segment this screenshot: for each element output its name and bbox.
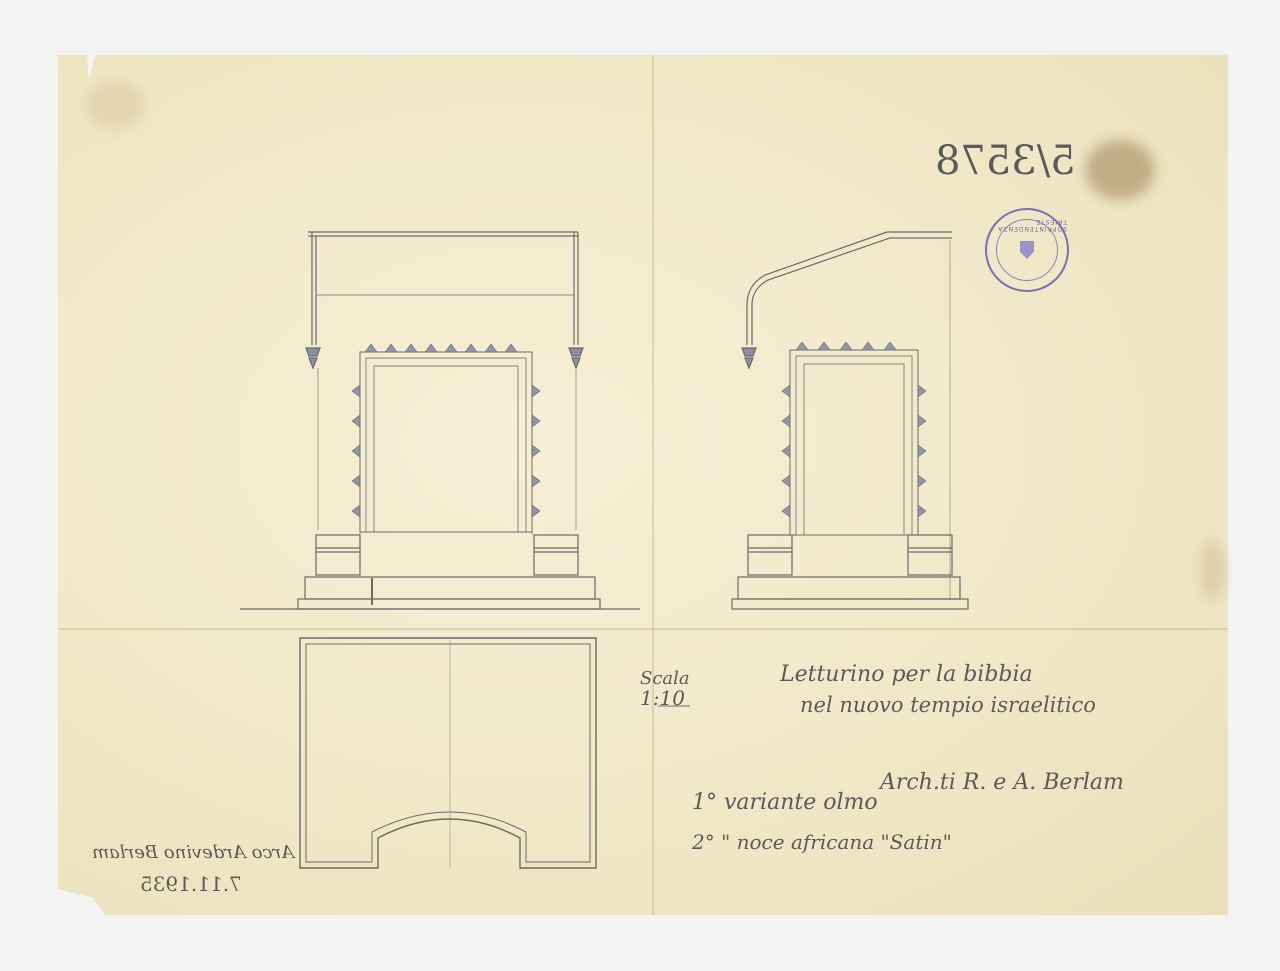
pencil-drawing [0, 0, 1280, 971]
front-elevation [240, 232, 640, 609]
stamp-text: SOPRINTENDENZA · TRIESTE [987, 218, 1067, 232]
plan-view [300, 638, 596, 868]
side-elevation [732, 232, 968, 609]
architect-signature: Arch.ti R. e A. Berlam [880, 770, 1124, 795]
variant-2: 2° " noce africana "Satin" [692, 830, 952, 854]
variant-1: 1° variante olmo [692, 790, 878, 815]
catalog-number: 5/3578 [935, 138, 1076, 184]
mirrored-note-line-1: Arco Ardevino Berlam [92, 842, 294, 863]
mirrored-note-line-2: 7.11.1935 [140, 872, 242, 896]
scale-value: 1:10 [640, 686, 685, 710]
institutional-stamp: SOPRINTENDENZA · TRIESTE [985, 208, 1069, 292]
title-line-2: nel nuovo tempio israelitico [800, 693, 1096, 717]
shield-icon [1020, 241, 1034, 259]
title-line-1: Letturino per la bibbia [780, 662, 1033, 687]
